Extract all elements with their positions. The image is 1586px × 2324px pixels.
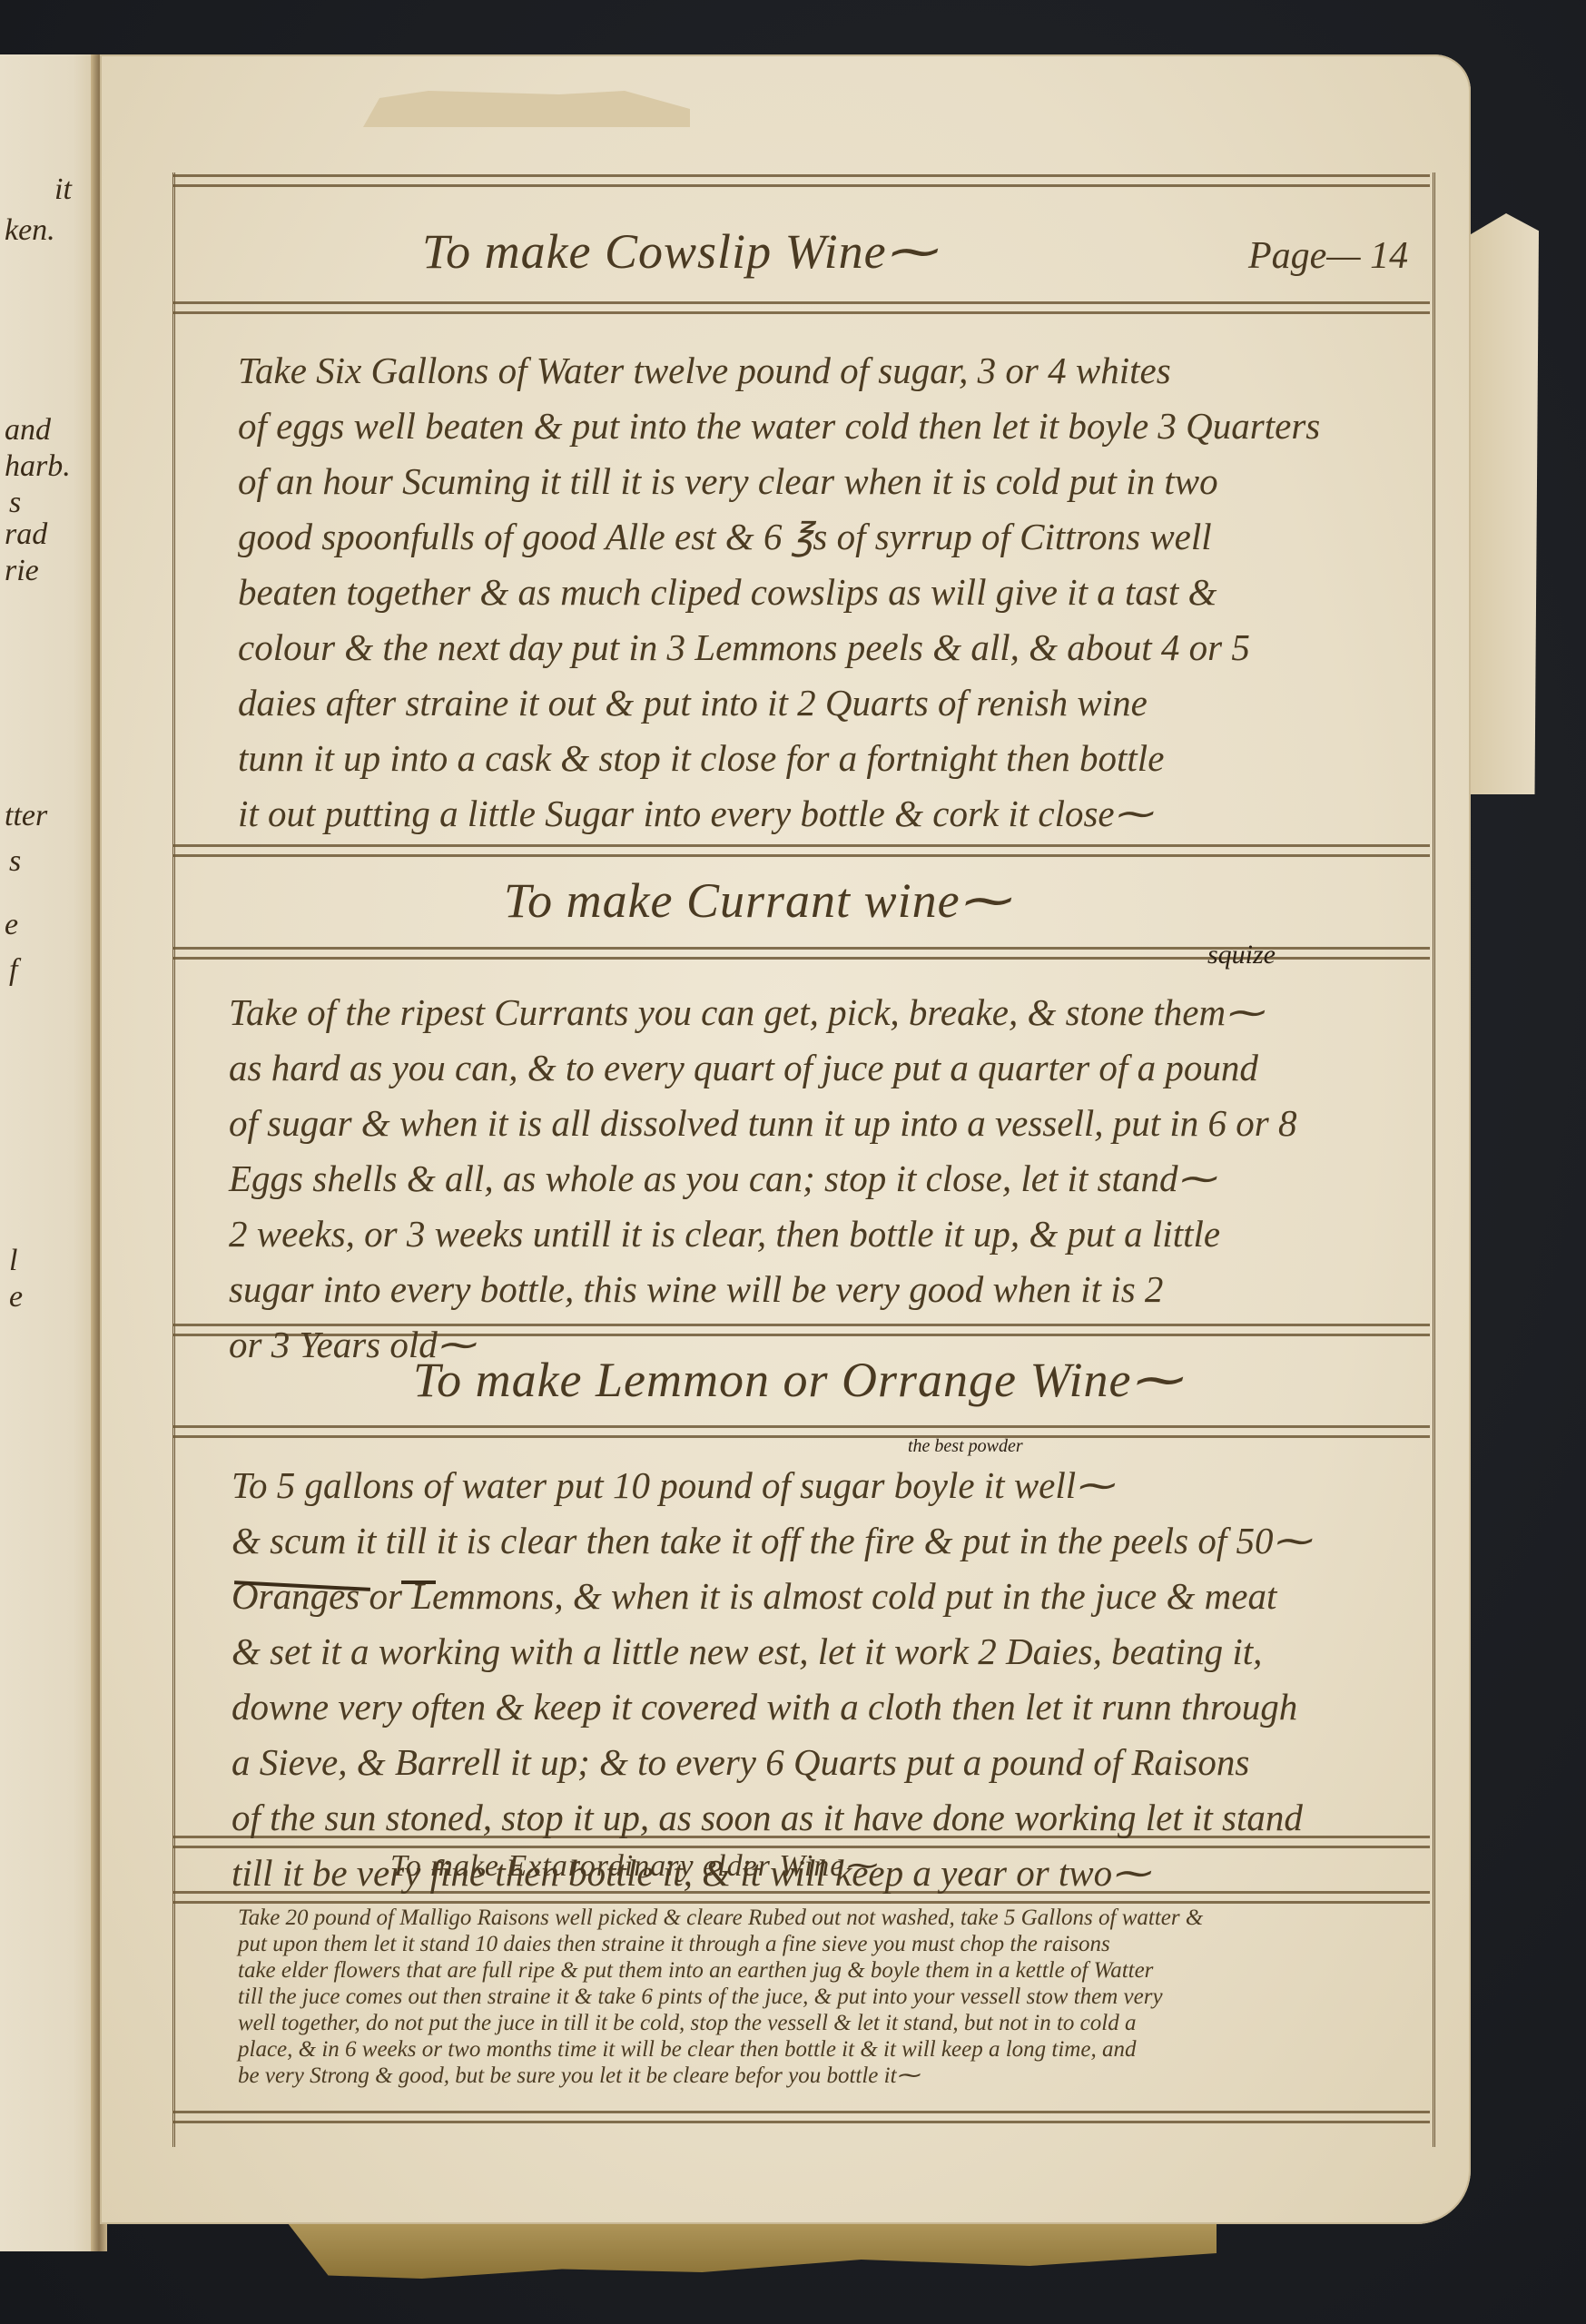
text-line: good spoonfulls of good Alle est & 6 ℥s …	[238, 509, 1320, 565]
recipe-body-cowslip-wine: Take Six Gallons of Water twelve pound o…	[238, 343, 1320, 842]
text-line: 2 weeks, or 3 weeks untill it is clear, …	[229, 1206, 1296, 1262]
recipe-body-elder-wine: Take 20 pound of Malligo Raisons well pi…	[238, 1905, 1203, 2089]
text-line: daies after straine it out & put into it…	[238, 675, 1320, 731]
recipe-title-elder-wine: To make Extarordinary elder Wine⁓	[390, 1847, 876, 1884]
recipe-title-currant-wine: To make Currant wine⁓	[504, 871, 1010, 929]
recipe-title-lemmon-orrange-wine: To make Lemmon or Orrange Wine⁓	[413, 1351, 1181, 1408]
facing-page-fragment: rad	[5, 517, 47, 552]
text-line: of eggs well beaten & put into the water…	[238, 399, 1320, 454]
interlineation-best-powder: the best powder	[908, 1436, 1023, 1457]
text-line: tunn it up into a cask & stop it close f…	[238, 731, 1320, 786]
ruled-line	[172, 174, 1430, 187]
text-line: & set it a working with a little new est…	[231, 1624, 1310, 1679]
text-line: sugar into every bottle, this wine will …	[229, 1262, 1296, 1317]
text-line: of an hour Scuming it till it is very cl…	[238, 454, 1320, 509]
text-line: place, & in 6 weeks or two months time i…	[238, 2036, 1203, 2063]
torn-page-edge	[363, 91, 690, 127]
text-line: it out putting a little Sugar into every…	[238, 786, 1320, 842]
text-line: take elder flowers that are full ripe & …	[238, 1957, 1203, 1984]
text-line: Take Six Gallons of Water twelve pound o…	[238, 343, 1320, 399]
strikethrough-mark	[401, 1581, 436, 1584]
text-line: To 5 gallons of water put 10 pound of su…	[231, 1458, 1310, 1513]
ruled-line	[172, 844, 1430, 857]
recipe-body-lemmon-orrange-wine: To 5 gallons of water put 10 pound of su…	[231, 1458, 1310, 1901]
facing-page-fragment: l	[9, 1244, 17, 1278]
interlineation-squize: squize	[1207, 940, 1276, 970]
facing-page-fragment: e	[9, 1280, 23, 1315]
text-line: as hard as you can, & to every quart of …	[229, 1040, 1296, 1096]
text-line: Eggs shells & all, as whole as you can; …	[229, 1151, 1296, 1206]
text-line: a Sieve, & Barrell it up; & to every 6 Q…	[231, 1735, 1310, 1790]
facing-page-fragment: s	[9, 486, 21, 520]
text-line: Take 20 pound of Malligo Raisons well pi…	[238, 1905, 1203, 1931]
facing-page-fragment: ken.	[5, 213, 55, 248]
ruled-line	[172, 301, 1430, 314]
facing-page: it ken. and harb. s rad rie tter s e f l…	[0, 54, 104, 2251]
text-line: downe very often & keep it covered with …	[231, 1679, 1310, 1735]
facing-page-fragment: and	[5, 413, 51, 448]
text-line: & scum it till it is clear then take it …	[231, 1513, 1310, 1569]
facing-page-fragment: f	[9, 953, 17, 988]
text-line: colour & the next day put in 3 Lemmons p…	[238, 620, 1320, 675]
text-line: be very Strong & good, but be sure you l…	[238, 2063, 1203, 2089]
ruled-line	[172, 2111, 1430, 2123]
text-line: of sugar & when it is all dissolved tunn…	[229, 1096, 1296, 1151]
text-line: beaten together & as much cliped cowslip…	[238, 565, 1320, 620]
ruled-line	[172, 1425, 1430, 1438]
text-line: of the sun stoned, stop it up, as soon a…	[231, 1790, 1310, 1846]
facing-page-fragment: it	[54, 172, 72, 207]
text-line: put upon them let it stand 10 daies then…	[238, 1931, 1203, 1957]
facing-page-fragment: tter	[5, 799, 47, 833]
page-number: Page— 14	[1248, 234, 1408, 278]
text-line: Oranges or Lemmons, & when it is almost …	[231, 1569, 1310, 1624]
facing-page-fragment: e	[5, 908, 18, 942]
facing-page-fragment: harb.	[5, 449, 71, 484]
facing-page-fragment: rie	[5, 554, 39, 588]
text-line: Take of the ripest Currants you can get,…	[229, 985, 1296, 1040]
recipe-body-currant-wine: Take of the ripest Currants you can get,…	[229, 985, 1296, 1373]
facing-page-fragment: s	[9, 844, 21, 879]
text-line: till the juce comes out then straine it …	[238, 1984, 1203, 2010]
recipe-title-cowslip-wine: To make Cowslip Wine⁓	[422, 222, 937, 280]
text-line: well together, do not put the juce in ti…	[238, 2010, 1203, 2036]
